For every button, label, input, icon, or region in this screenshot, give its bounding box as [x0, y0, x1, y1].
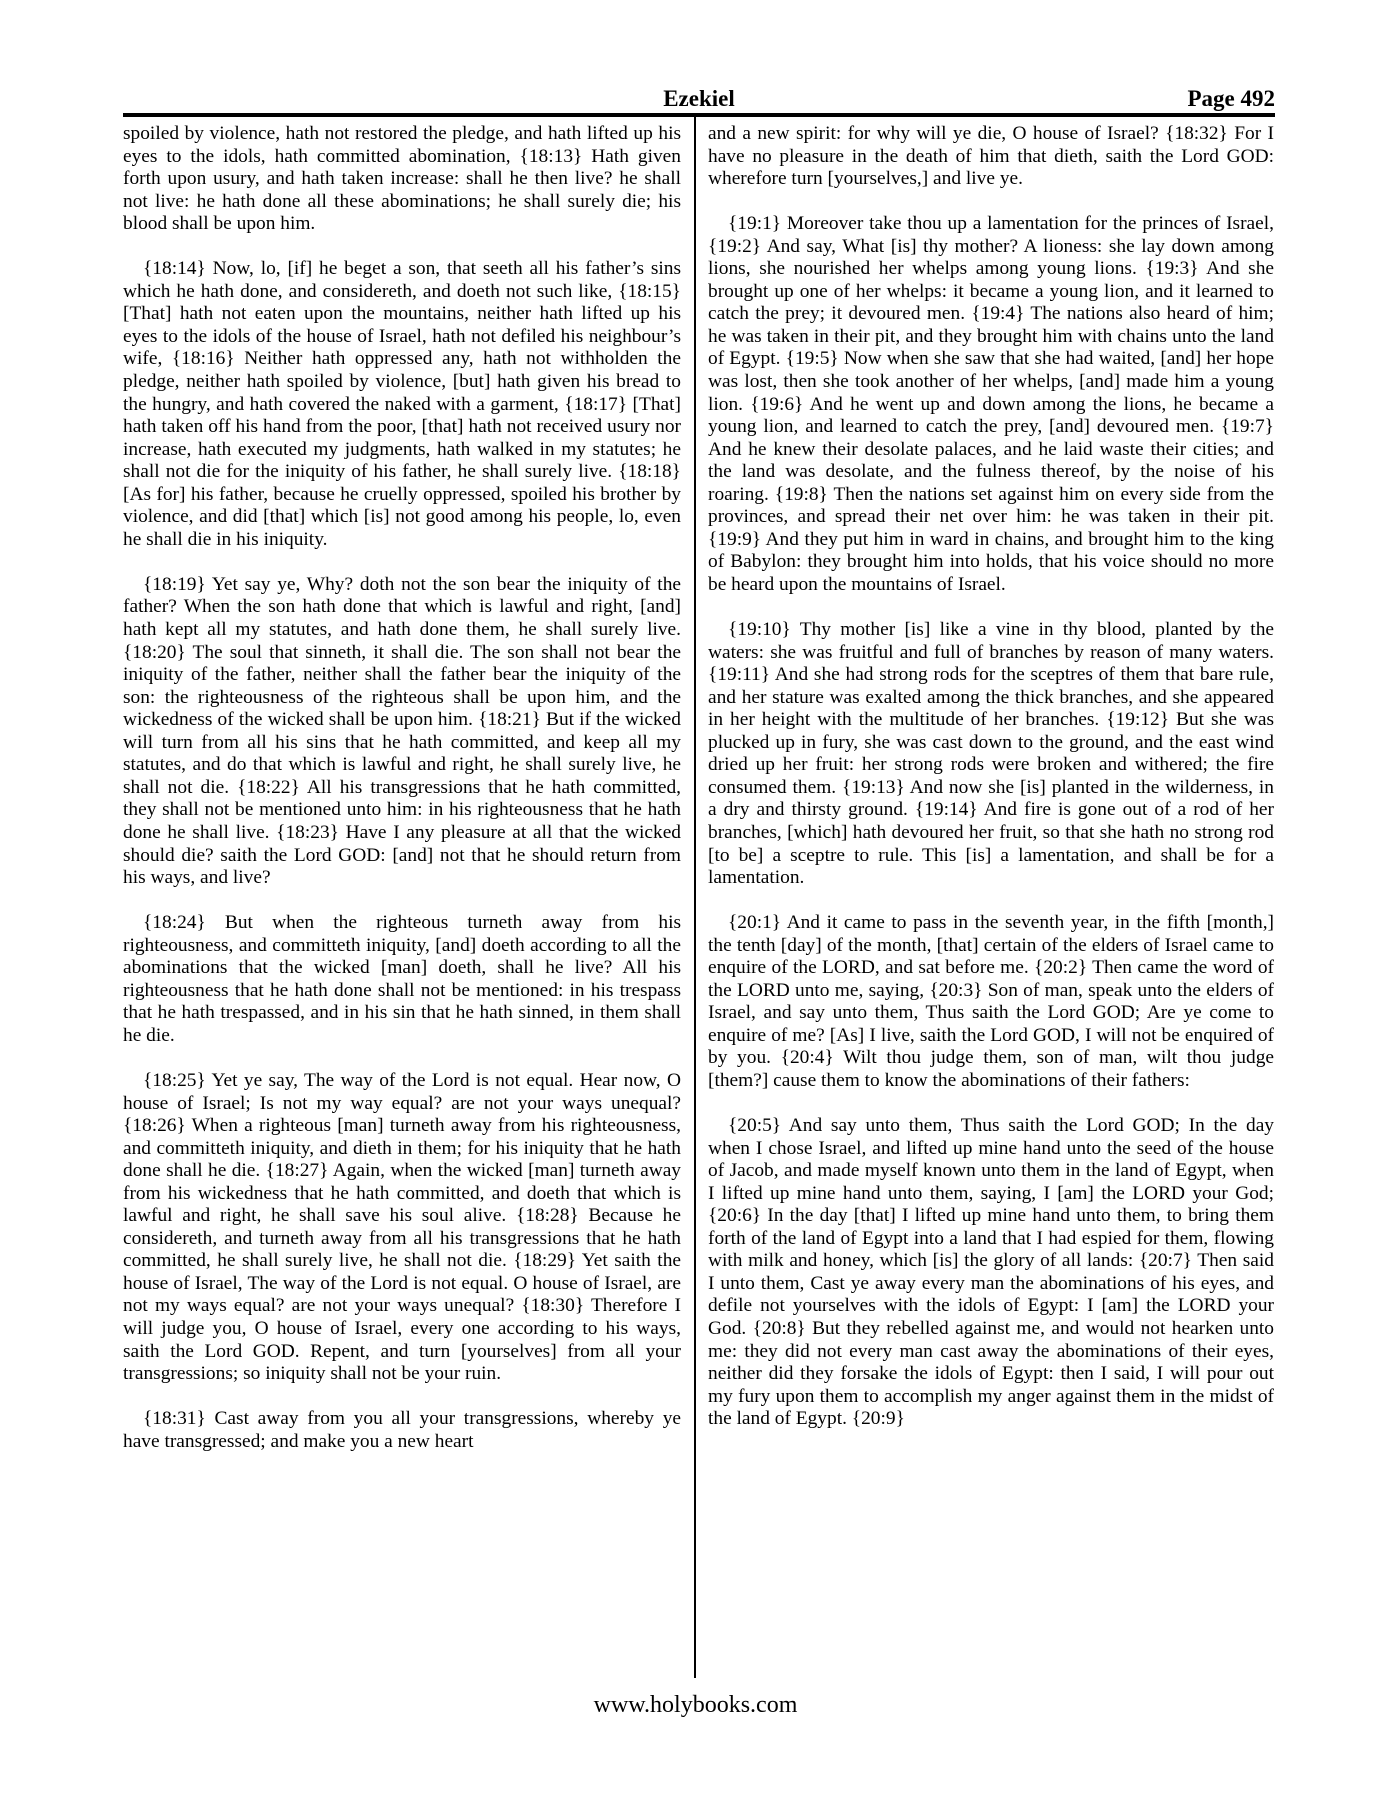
left-column: spoiled by violence, hath not restored t… [123, 123, 681, 1476]
paragraph: {18:19} Yet say ye, Why? doth not the so… [123, 574, 681, 890]
paragraph: {19:10} Thy mother [is] like a vine in t… [708, 619, 1274, 890]
column-divider [694, 117, 696, 1678]
header-rule [123, 113, 1275, 117]
paragraph: spoiled by violence, hath not restored t… [123, 123, 681, 236]
paragraph: {18:31} Cast away from you all your tran… [123, 1408, 681, 1453]
right-column: and a new spirit: for why will ye die, O… [708, 123, 1274, 1453]
paragraph: {19:1} Moreover take thou up a lamentati… [708, 213, 1274, 596]
paragraph: {18:24} But when the righteous turneth a… [123, 912, 681, 1047]
paragraph: {18:25} Yet ye say, The way of the Lord … [123, 1070, 681, 1386]
page-header: Ezekiel Page 492 [123, 84, 1275, 114]
paragraph: {20:1} And it came to pass in the sevent… [708, 912, 1274, 1092]
paragraph: and a new spirit: for why will ye die, O… [708, 123, 1274, 191]
book-title: Ezekiel [123, 84, 1275, 114]
page-number: Page 492 [1187, 84, 1275, 114]
footer-website-link[interactable]: www.holybooks.com [0, 1690, 1391, 1720]
paragraph: {20:5} And say unto them, Thus saith the… [708, 1115, 1274, 1431]
paragraph: {18:14} Now, lo, [if] he beget a son, th… [123, 258, 681, 551]
